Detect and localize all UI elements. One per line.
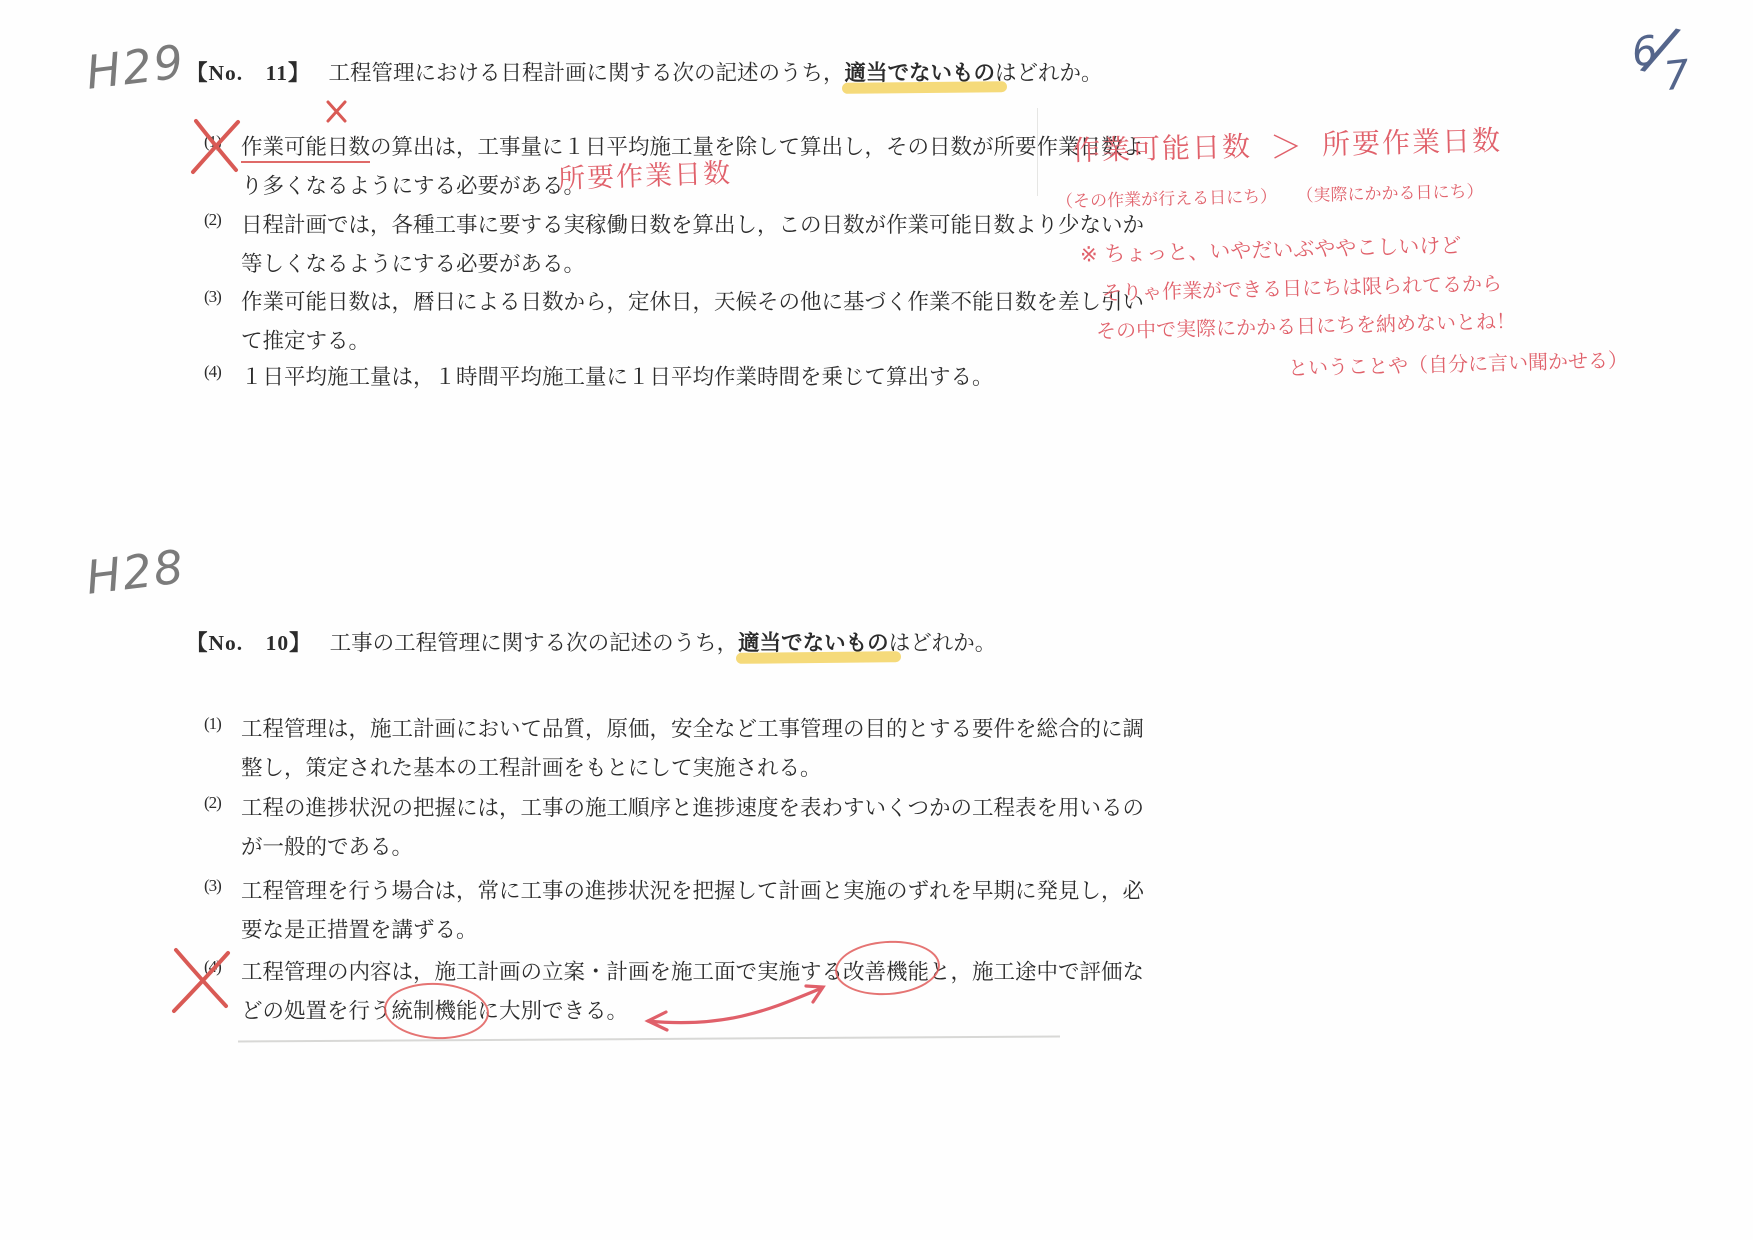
q11-option-3-line1: 作業可能日数は，暦日による日数から，定休日，天候その他に基づく作業不能日数を差し…	[241, 283, 1144, 322]
note-term-left: 作業可能日数	[1072, 130, 1253, 167]
q10-option-3-line2: 要な是正措置を講ずる。	[241, 911, 1144, 950]
q11-option-3-number: (3)	[204, 287, 221, 307]
q11-option-1-line1-rest: の算出は，工事量に１日平均施工量を除して算出し，その日数が所要作業日数よ	[370, 135, 1144, 159]
q11-option-2-line1: 日程計画では，各種工事に要する実稼働日数を算出し，この日数が作業可能日数より少な…	[241, 206, 1144, 245]
note-line-2: そりゃ作業ができる日にちは限られてるから	[1102, 267, 1503, 306]
q10-option-3-number: (3)	[204, 876, 221, 896]
question-11-number: 【No. 11】	[186, 61, 310, 85]
q11-option-4: (4) １日平均施工量は，１時間平均施工量に１日平均作業時間を乗じて算出する。	[204, 358, 994, 397]
note-line-4: ということや（自分に言い聞かせる）	[1288, 344, 1629, 381]
note-term-right: 所要作業日数	[1322, 124, 1503, 161]
q10-option-2-line2: が一般的である。	[241, 828, 1144, 867]
paper-edge-right	[1037, 108, 1038, 196]
note-paren-left: （その作業が行える日にち）	[1056, 187, 1277, 212]
q11-option-2: (2) 日程計画では，各種工事に要する実稼働日数を算出し，この日数が作業可能日数…	[204, 206, 1144, 284]
q10-option-4: (4) 工程管理の内容は，施工計画の立案・計画を施工面で実施する改善機能と，施工…	[204, 953, 1144, 1031]
question-11-highlighted-phrase: 適当でないもの	[844, 61, 995, 85]
q11-handwritten-correction: 所要作業日数	[557, 151, 732, 196]
question-10-title: 【No. 10】工事の工程管理に関する次の記述のうち，適当でないものはどれか。	[186, 626, 996, 657]
question-10-text-pre: 工事の工程管理に関する次の記述のうち，	[330, 631, 739, 655]
question-11-text-post: はどれか。	[995, 61, 1103, 85]
page-number-denominator: 7	[1661, 52, 1691, 100]
question-10-highlighted-phrase: 適当でないもの	[738, 631, 889, 655]
q10-option-4-line2-pre: どの処置を行う	[241, 999, 392, 1023]
q10-option-4-line2: どの処置を行う統制機能に大別できる。	[241, 992, 1144, 1031]
q11-option-4-number: (4)	[204, 362, 221, 382]
kome-mark: ※	[1080, 242, 1098, 266]
note-formula: 作業可能日数＞所要作業日数	[1072, 117, 1503, 173]
q10-option-4-number: (4)	[204, 957, 221, 977]
q11-option-2-number: (2)	[204, 210, 221, 230]
q10-option-4-line2-post: に大別できる。	[478, 999, 629, 1023]
q10-option-1: (1) 工程管理は，施工計画において品質，原価，安全など工事管理の目的とする要件…	[204, 710, 1144, 788]
year-label-h29: H29	[83, 34, 188, 100]
question-10-text-post: はどれか。	[889, 631, 997, 655]
circled-term-kaizen-kinou: 改善機能	[843, 953, 929, 992]
q10-option-1-line2: 整し，策定された基本の工程計画をもとにして実施される。	[241, 749, 1144, 788]
q11-underlined-term: 作業可能日数	[241, 135, 370, 163]
question-11-title: 【No. 11】工程管理における日程計画に関する次の記述のうち，適当でないものは…	[186, 56, 1103, 87]
note-paren-right: （実際にかかる日にち）	[1305, 182, 1484, 206]
q11-option-4-line1: １日平均施工量は，１時間平均施工量に１日平均作業時間を乗じて算出する。	[241, 358, 994, 397]
note-line-1-text: ちょっと、いやだいぶややこしいけど	[1104, 233, 1461, 266]
page-number: 6/7	[1632, 14, 1689, 84]
circled-term-tousei-kinou: 統制機能	[392, 992, 478, 1031]
x-mark-small-q11	[328, 102, 345, 121]
question-10-number: 【No. 10】	[186, 631, 312, 655]
q10-option-4-line1-pre: 工程管理の内容は，施工計画の立案・計画を施工面で実施する	[241, 960, 843, 984]
q10-option-2: (2) 工程の進捗状況の把握には，工事の施工順序と進捗速度を表わすいくつかの工程…	[204, 789, 1144, 867]
note-line-3: その中で実際にかかる日にちを納めないとね！	[1096, 305, 1517, 344]
q10-option-2-line1: 工程の進捗状況の把握には，工事の施工順序と進捗速度を表わすいくつかの工程表を用い…	[241, 789, 1144, 828]
q10-option-3-line1: 工程管理を行う場合は，常に工事の進捗状況を把握して計画と実施のずれを早期に発見し…	[241, 872, 1144, 911]
q11-option-1-number: (1)	[204, 132, 221, 152]
year-label-h28: H28	[83, 539, 188, 605]
q10-option-3: (3) 工程管理を行う場合は，常に工事の進捗状況を把握して計画と実施のずれを早期…	[204, 872, 1144, 950]
q10-option-4-line1: 工程管理の内容は，施工計画の立案・計画を施工面で実施する改善機能と，施工途中で評…	[241, 953, 1144, 992]
q11-option-3: (3) 作業可能日数は，暦日による日数から，定休日，天候その他に基づく作業不能日…	[204, 283, 1144, 361]
paper-edge-bottom	[238, 1035, 1060, 1042]
q10-option-1-number: (1)	[204, 714, 221, 734]
greater-than-sign: ＞	[1270, 128, 1305, 167]
q10-option-2-number: (2)	[204, 793, 221, 813]
scanned-exam-page: 6/7 H29 【No. 11】工程管理における日程計画に関する次の記述のうち，…	[0, 0, 1753, 1240]
question-11-text-pre: 工程管理における日程計画に関する次の記述のうち，	[328, 61, 844, 85]
q11-option-3-line2: て推定する。	[241, 322, 1144, 361]
q10-option-1-line1: 工程管理は，施工計画において品質，原価，安全など工事管理の目的とする要件を総合的…	[241, 710, 1144, 749]
q11-option-2-line2: 等しくなるようにする必要がある。	[241, 245, 1144, 284]
q10-option-4-line1-post: と，施工途中で評価な	[929, 960, 1144, 984]
